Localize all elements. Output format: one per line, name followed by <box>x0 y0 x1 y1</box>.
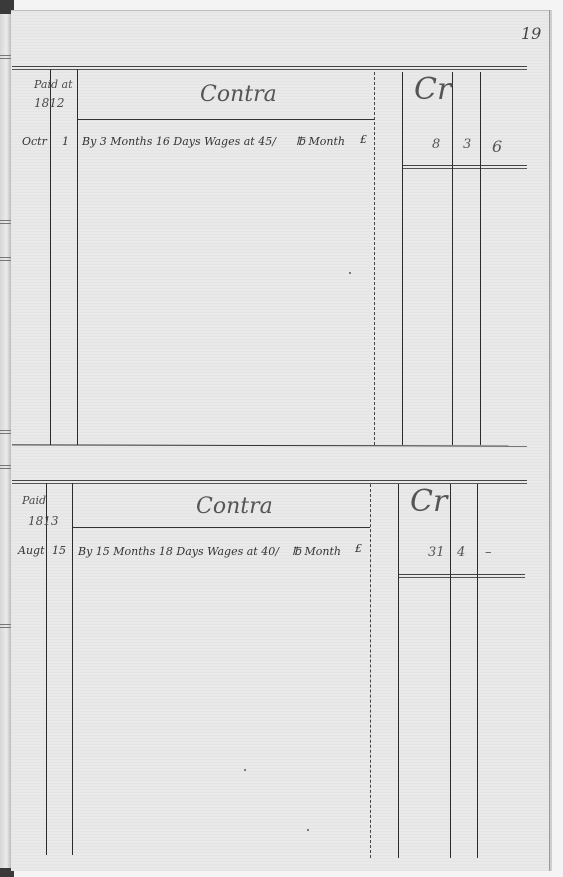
contra-heading: Contra <box>200 82 277 107</box>
pounds-column-rule <box>398 484 399 858</box>
ink-speck <box>307 829 309 831</box>
date-column-rule <box>50 69 51 445</box>
section-top-rule <box>12 66 527 70</box>
entry-day: 1 <box>62 135 69 148</box>
shillings-column-rule <box>452 72 453 445</box>
entry-pounds: 8 <box>432 137 440 152</box>
year-label: Paid <box>22 494 46 507</box>
spine-ruling <box>0 220 11 224</box>
pence-column-rule <box>480 72 481 445</box>
year: 1812 <box>34 96 65 110</box>
credit-heading: Cr <box>410 484 447 519</box>
entry-folio: £ <box>360 133 367 146</box>
entry-day: 15 <box>52 544 66 557</box>
shillings-column-rule <box>450 484 451 858</box>
spine-ruling <box>0 624 11 628</box>
entry-month: Octr <box>22 135 47 148</box>
entry-pounds: 31 <box>428 545 445 560</box>
folio-column-rule <box>374 72 375 445</box>
heading-underline <box>78 119 374 120</box>
entry-description: By 3 Months 16 Days Wages at 45/ <box>82 135 276 148</box>
total-rule <box>402 165 527 169</box>
spine-ruling <box>0 55 11 59</box>
spine-ruling <box>0 465 11 469</box>
entry-rate: ℔ Month <box>296 135 345 148</box>
entry-folio: £ <box>355 542 362 555</box>
entry-shillings: 3 <box>463 137 471 152</box>
pounds-column-rule <box>402 72 403 445</box>
year-label: Paid at <box>34 78 73 91</box>
day-column-rule <box>72 483 73 855</box>
entry-description: By 15 Months 18 Days Wages at 40/ <box>78 545 279 558</box>
date-column-rule <box>46 483 47 855</box>
spine-ruling <box>0 430 11 434</box>
entry-month: Augt <box>18 544 45 557</box>
heading-underline <box>72 527 370 528</box>
spine-ruling <box>0 257 11 261</box>
entry-pence: 6 <box>492 137 502 156</box>
entry-rate: ℔ Month <box>292 545 341 558</box>
year: 1813 <box>28 514 59 528</box>
contra-heading: Contra <box>196 494 273 519</box>
folio-column-rule <box>370 484 371 858</box>
entry-pence: – <box>485 545 492 560</box>
book-spine <box>0 0 11 877</box>
day-column-rule <box>77 69 78 445</box>
credit-heading: Cr <box>414 72 451 107</box>
ink-speck <box>349 272 351 274</box>
entry-shillings: 4 <box>457 545 465 560</box>
ink-speck <box>244 769 246 771</box>
total-rule <box>398 574 525 578</box>
pence-column-rule <box>477 484 478 858</box>
page-number: 19 <box>521 24 541 43</box>
